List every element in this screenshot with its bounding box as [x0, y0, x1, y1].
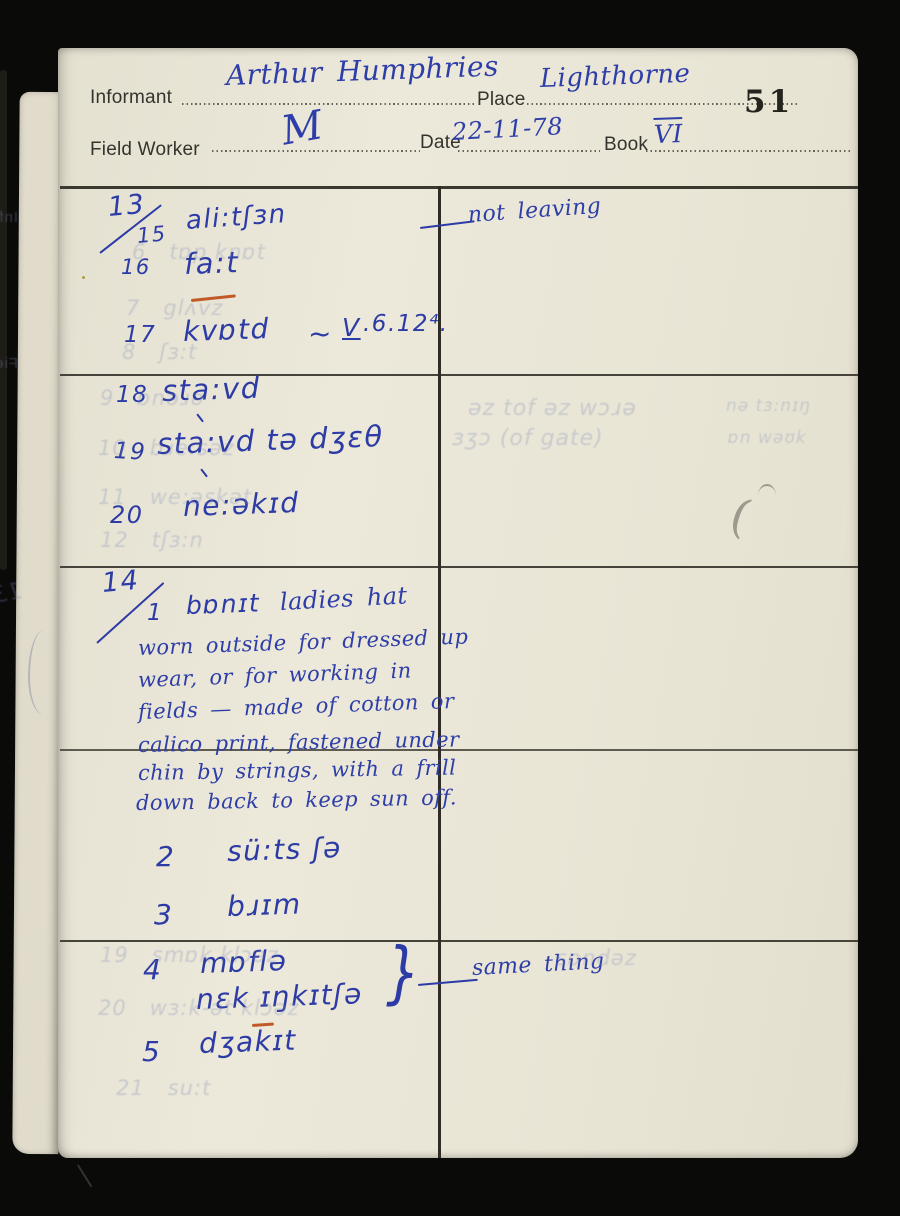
- informant-label: Informant: [90, 87, 172, 109]
- dotted-line-book: [646, 150, 851, 152]
- grid-hline-4: [60, 940, 858, 942]
- dotted-line-field-worker: [212, 150, 420, 152]
- place-label: Place: [477, 89, 526, 111]
- book-spine-edge: [0, 70, 7, 570]
- background-scratch: [77, 1164, 92, 1187]
- dotted-line-date: [458, 150, 600, 152]
- notebook-page: [58, 48, 858, 1158]
- dotted-line-informant: [182, 103, 477, 105]
- grid-top-line: [60, 186, 858, 189]
- page-number-stamp: 51: [744, 84, 793, 120]
- book-label: Book: [604, 134, 648, 156]
- grid-hline-1: [60, 374, 858, 376]
- grid-hline-2: [60, 566, 858, 568]
- date-label: Date: [420, 132, 461, 154]
- grid-hline-3: [60, 749, 858, 751]
- grid-vertical-divider: [438, 186, 441, 1158]
- field-worker-label: Field Worker: [90, 139, 200, 161]
- scan-background: Informant Place Field Worker Date Book 5…: [0, 0, 900, 1216]
